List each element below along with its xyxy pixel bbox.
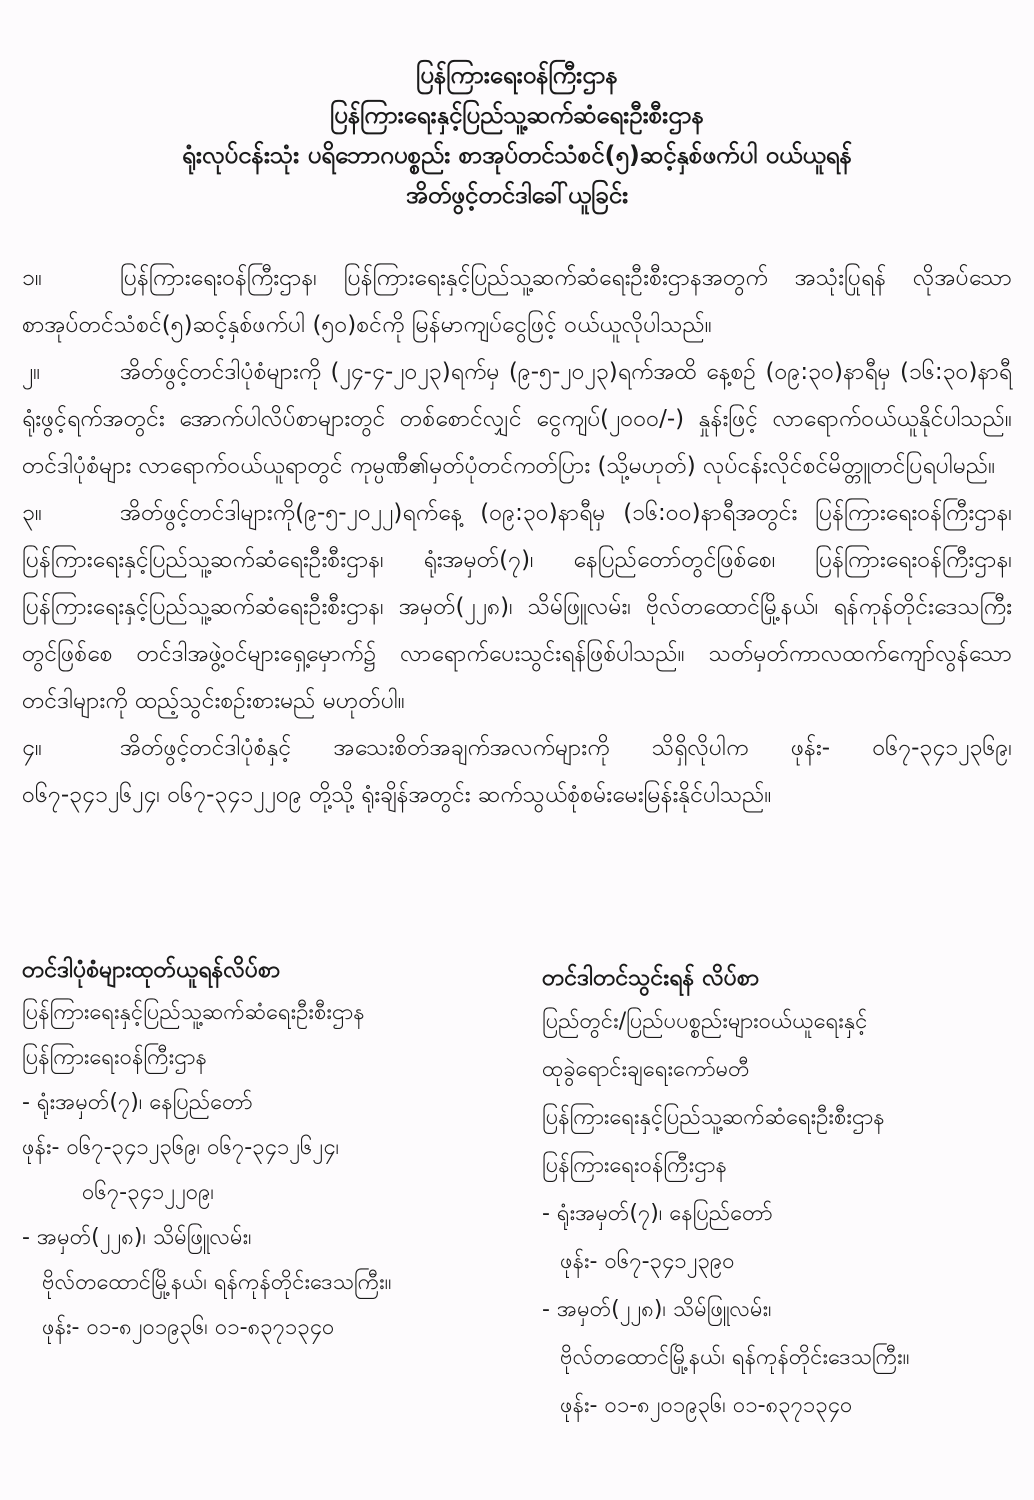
document-header: ပြန်ကြားရေးဝန်ကြီးဌာန ပြန်ကြားရေးနှင့်ပြ… <box>0 55 1034 215</box>
address-line: - ရုံးအမှတ်(၇)၊ နေပြည်တော် <box>542 1190 1012 1238</box>
paragraph-text: အိတ်ဖွင့်တင်ဒါပုံစံနှင့် အသေးစိတ်အချက်အလ… <box>22 735 1012 808</box>
address-line: - အမှတ်(၂၂၈)၊ သိမ်ဖြူလမ်း၊ <box>542 1286 1012 1334</box>
phone-line: ဖုန်း- ၀၁-၈၂၀၁၉၃၆၊ ၀၁-၈၃၇၁၃၄၀ <box>22 1305 532 1350</box>
address-line: ဗိုလ်တထောင်မြို့နယ်၊ ရန်ကုန်တိုင်းဒေသကြီ… <box>22 1260 532 1305</box>
address-line: ပြန်ကြားရေးဝန်ကြီးဌာန <box>22 1035 532 1080</box>
address-line: ထုခွဲရောင်းချရေးကော်မတီ <box>542 1046 1012 1094</box>
paragraph-number: ၁။ <box>22 255 120 302</box>
tender-invitation-title: အိတ်ဖွင့်တင်ဒါခေါ်ယူခြင်း <box>0 175 1034 215</box>
ministry-title: ပြန်ကြားရေးဝန်ကြီးဌာန <box>0 55 1034 95</box>
form-pickup-address: တင်ဒါပုံစံများထုတ်ယူရန်လိပ်စာ ပြန်ကြားရေ… <box>22 950 532 1350</box>
address-line: - အမှတ်(၂၂၈)၊ သိမ်ဖြူလမ်း၊ <box>22 1215 532 1260</box>
address-line: ပြန်ကြားရေးနှင့်ပြည်သူ့ဆက်ဆံရေးဦးစီးဌာန <box>22 990 532 1035</box>
tender-submission-address: တင်ဒါတင်သွင်းရန် လိပ်စာ ပြည်တွင်း/ပြည်ပပ… <box>542 958 1012 1430</box>
tender-submission-title: တင်ဒါတင်သွင်းရန် လိပ်စာ <box>542 958 1012 998</box>
paragraph-4: ၄။အိတ်ဖွင့်တင်ဒါပုံစံနှင့် အသေးစိတ်အချက်… <box>22 725 1012 819</box>
address-section: တင်ဒါပုံစံများထုတ်ယူရန်လိပ်စာ ပြန်ကြားရေ… <box>22 950 1012 1470</box>
paragraph-number: ၂။ <box>22 349 120 396</box>
phone-line: ဖုန်း- ၀၆၇-၃၄၁၂၃၆၉၊ ၀၆၇-၃၄၁၂၆၂၄၊ <box>22 1125 532 1170</box>
paragraph-text: အိတ်ဖွင့်တင်ဒါပုံစံများကို (၂၄-၄-၂၀၂၃)ရက… <box>22 359 1012 479</box>
address-line: ဗိုလ်တထောင်မြို့နယ်၊ ရန်ကုန်တိုင်းဒေသကြီ… <box>542 1334 1012 1382</box>
address-line: ပြန်ကြားရေးနှင့်ပြည်သူ့ဆက်ဆံရေးဦးစီးဌာန <box>542 1094 1012 1142</box>
phone-line: ဖုန်း- ၀၁-၈၂၀၁၉၃၆၊ ၀၁-၈၃၇၁၃၄၀ <box>542 1382 1012 1430</box>
tender-subject: ရုံးလုပ်ငန်းသုံး ပရိဘောဂပစ္စည်း စာအုပ်တင… <box>0 135 1034 175</box>
paragraph-number: ၃။ <box>22 490 120 537</box>
form-pickup-title: တင်ဒါပုံစံများထုတ်ယူရန်လိပ်စာ <box>22 950 532 990</box>
paragraph-text: အိတ်ဖွင့်တင်ဒါများကို(၉-၅-၂၀၂၂)ရက်နေ့ (၀… <box>22 500 1012 714</box>
paragraph-2: ၂။အိတ်ဖွင့်တင်ဒါပုံစံများကို (၂၄-၄-၂၀၂၃)… <box>22 349 1012 490</box>
paragraph-number: ၄။ <box>22 725 120 772</box>
phone-line: ၀၆၇-၃၄၁၂၂၀၉၊ <box>22 1170 532 1215</box>
address-line: - ရုံးအမှတ်(၇)၊ နေပြည်တော် <box>22 1080 532 1125</box>
address-line: ပြန်ကြားရေးဝန်ကြီးဌာန <box>542 1142 1012 1190</box>
paragraph-text: ပြန်ကြားရေးဝန်ကြီးဌာန၊ ပြန်ကြားရေးနှင့်ပ… <box>22 265 1012 338</box>
department-title: ပြန်ကြားရေးနှင့်ပြည်သူ့ဆက်ဆံရေးဦးစီးဌာန <box>0 95 1034 135</box>
address-line: ပြည်တွင်း/ပြည်ပပစ္စည်းများဝယ်ယူရေးနှင့် <box>542 998 1012 1046</box>
notice-body: ၁။ပြန်ကြားရေးဝန်ကြီးဌာန၊ ပြန်ကြားရေးနှင့… <box>22 255 1012 819</box>
paragraph-3: ၃။အိတ်ဖွင့်တင်ဒါများကို(၉-၅-၂၀၂၂)ရက်နေ့ … <box>22 490 1012 725</box>
paragraph-1: ၁။ပြန်ကြားရေးဝန်ကြီးဌာန၊ ပြန်ကြားရေးနှင့… <box>22 255 1012 349</box>
phone-line: ဖုန်း- ၀၆၇-၃၄၁၂၃၉၀ <box>542 1238 1012 1286</box>
tender-notice-document: ပြန်ကြားရေးဝန်ကြီးဌာန ပြန်ကြားရေးနှင့်ပြ… <box>0 0 1034 1500</box>
